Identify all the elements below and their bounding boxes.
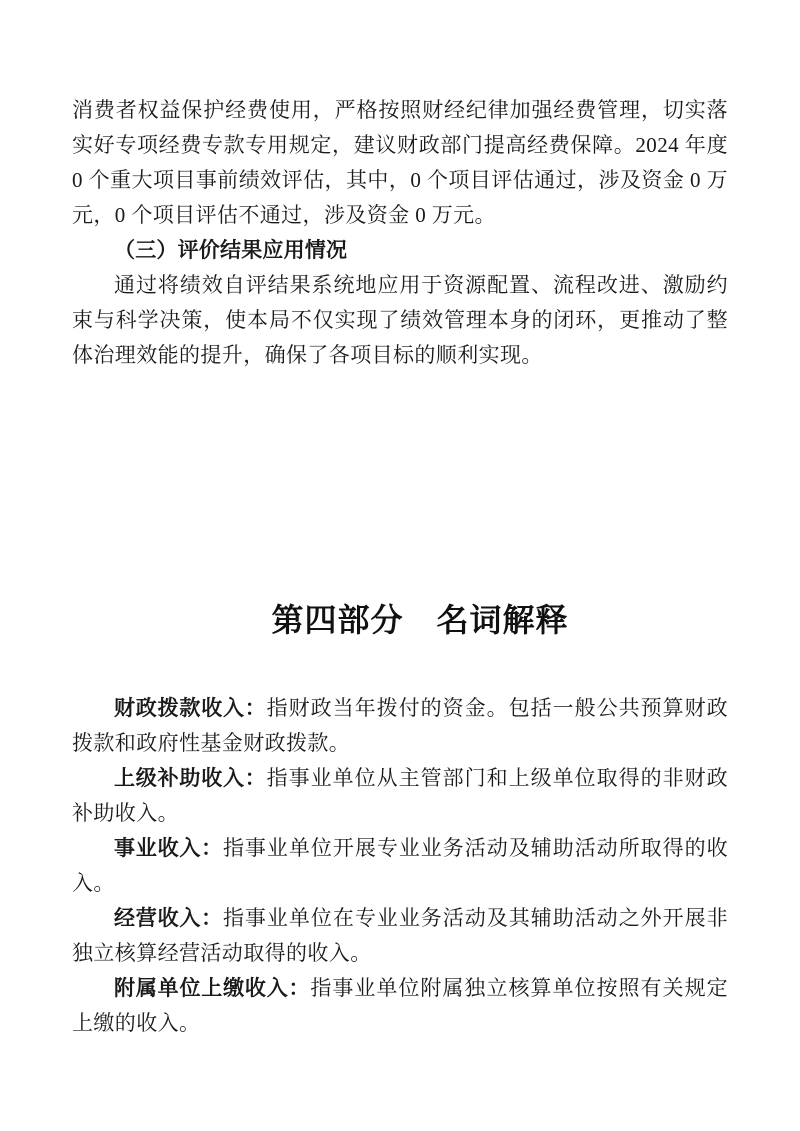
part4-title: 第四部分 名词解释 [72,596,728,644]
glossary-definitions: 财政拨款收入：指财政当年拨付的资金。包括一般公共预算财政拨款和政府性基金财政拨款… [72,691,728,1041]
definition-term: 财政拨款收入： [114,697,267,720]
definition-item: 附属单位上缴收入：指事业单位附属独立核算单位按照有关规定上缴的收入。 [72,971,728,1041]
definition-item: 经营收入：指事业单位在专业业务活动及其辅助活动之外开展非独立核算经营活动取得的收… [72,901,728,971]
paragraph-result-application: 通过将绩效自评结果系统地应用于资源配置、流程改进、激励约束与科学决策，使本局不仅… [72,268,728,373]
definition-item: 财政拨款收入：指财政当年拨付的资金。包括一般公共预算财政拨款和政府性基金财政拨款… [72,691,728,761]
definition-term: 上级补助收入： [114,767,267,790]
page-text-column: 消费者权益保护经费使用，严格按照财经纪律加强经费管理，切实落实好专项经费专款专用… [72,93,728,1041]
paragraph-expense-evaluation: 消费者权益保护经费使用，严格按照财经纪律加强经费管理，切实落实好专项经费专款专用… [72,93,728,233]
definition-term: 事业收入： [114,837,223,860]
definition-item: 上级补助收入：指事业单位从主管部门和上级单位取得的非财政补助收入。 [72,761,728,831]
definition-item: 事业收入：指事业单位开展专业业务活动及辅助活动所取得的收入。 [72,831,728,901]
definition-term: 经营收入： [114,907,223,930]
document-page: 消费者权益保护经费使用，严格按照财经纪律加强经费管理，切实落实好专项经费专款专用… [0,0,800,1131]
subsection-heading-result-application: （三）评价结果应用情况 [72,233,728,268]
definition-term: 附属单位上缴收入： [114,977,310,1000]
